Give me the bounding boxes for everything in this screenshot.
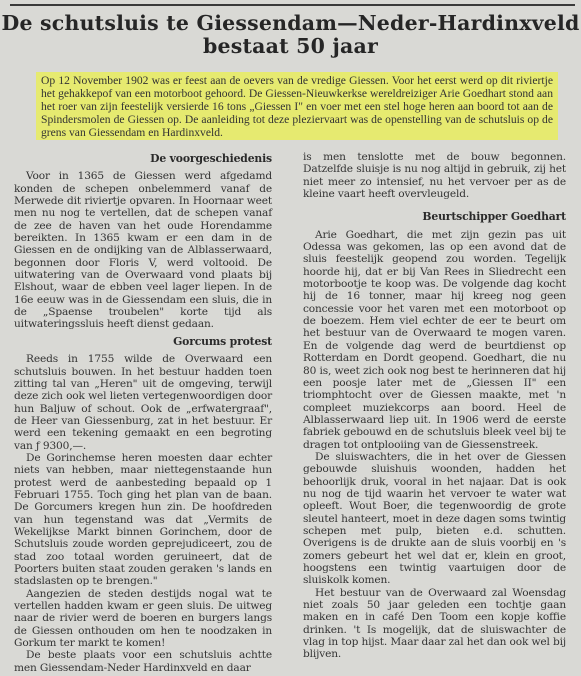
subhead-beurtschipper-goedhart: Beurtschipper Goedhart [303,211,566,223]
headline-line-2: bestaat 50 jaar [0,35,581,58]
paragraph: De sluiswachters, die in het over de Gie… [303,451,566,587]
paragraph: De beste plaats voor een schutsluis acht… [14,649,272,674]
highlighted-intro-paragraph: Op 12 November 1902 was er feest aan de … [36,72,558,140]
newspaper-clipping: De schutsluis te Giessendam—Neder-Hardin… [0,0,581,676]
left-column: De voorgeschiedenis Voor in 1365 de Gies… [14,151,272,674]
headline-line-1: De schutsluis te Giessendam—Neder-Hardin… [0,12,581,35]
paragraph: Aangezien de steden destijds nogal wat t… [14,588,272,650]
paragraph: Reeds in 1755 wilde de Overwaard een sch… [14,353,272,452]
paragraph: Het bestuur van de Overwaard zal Woensda… [303,587,566,661]
paragraph: De Gorinchemse heren moesten daar echter… [14,452,272,588]
subhead-voorgeschiedenis: De voorgeschiedenis [14,153,272,165]
paragraph: Arie Goedhart, die met zijn gezin pas ui… [303,229,566,451]
subhead-gorcums-protest: Gorcums protest [14,336,272,348]
top-rule-divider [10,4,575,6]
right-column: is men tenslotte met de bouw begonnen. D… [303,151,566,661]
paragraph: Voor in 1365 de Giessen werd afgedamd ko… [14,170,272,330]
article-headline: De schutsluis te Giessendam—Neder-Hardin… [0,12,581,58]
continued-paragraph: is men tenslotte met de bouw begonnen. D… [303,151,566,200]
